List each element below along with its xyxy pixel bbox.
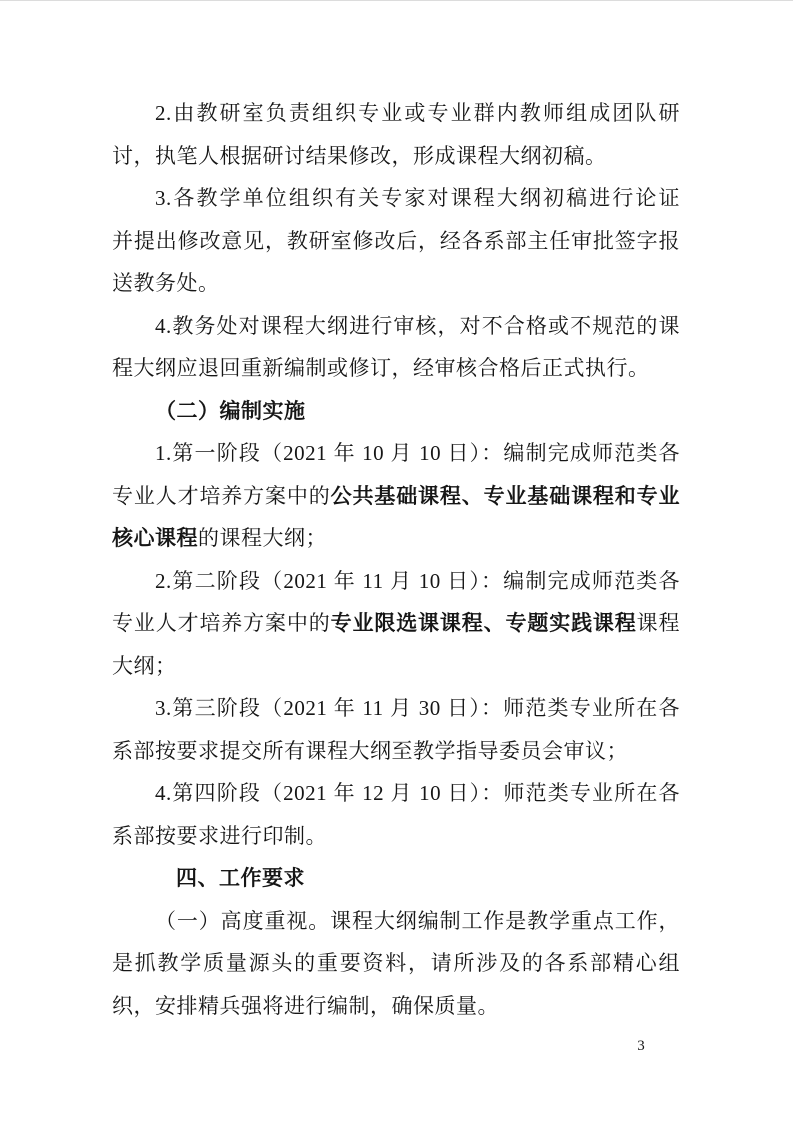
text-segment: 3.各教学单位组织有关专家对课程大纲初稿进行论证	[155, 186, 680, 210]
bold-text-segment: 核心课程	[112, 526, 198, 550]
text-line: 2.第二阶段（2021 年 11 月 10 日）：编制完成师范类各	[112, 560, 680, 603]
text-line: 4.教务处对课程大纲进行审核，对不合格或不规范的课	[112, 305, 680, 348]
text-line: 3.第三阶段（2021 年 11 月 30 日）：师范类专业所在各	[112, 687, 680, 730]
bold-text-segment: 专业限选课课程、专题实践课程	[331, 611, 637, 635]
text-segment: 专业人才培养方案中的	[112, 611, 331, 635]
text-segment: 大纲；	[112, 654, 177, 678]
text-segment: 专业人才培养方案中的	[112, 484, 331, 508]
text-line: 是抓教学质量源头的重要资料，请所涉及的各系部精心组	[112, 942, 680, 985]
text-segment: 系部按要求进行印制。	[112, 824, 327, 848]
text-line: 并提出修改意见，教研室修改后，经各系部主任审批签字报	[112, 220, 680, 263]
heading-line: 四、工作要求	[112, 857, 680, 900]
text-segment: 是抓教学质量源头的重要资料，请所涉及的各系部精心组	[112, 951, 680, 975]
text-line: 1.第一阶段（2021 年 10 月 10 日）：编制完成师范类各	[112, 432, 680, 475]
text-segment: 程大纲应退回重新编制或修订，经审核合格后正式执行。	[112, 356, 650, 380]
page-number: 3	[628, 1035, 654, 1057]
text-line: 专业人才培养方案中的专业限选课课程、专题实践课程课程	[112, 602, 680, 645]
text-line: （一）高度重视。课程大纲编制工作是教学重点工作，	[112, 900, 680, 943]
text-segment: 2.第二阶段（2021 年 11 月 10 日）：编制完成师范类各	[155, 569, 680, 593]
heading-line: （二）编制实施	[112, 390, 680, 433]
document-content: 2.由教研室负责组织专业或专业群内教师组成团队研讨，执笔人根据研讨结果修改，形成…	[112, 92, 680, 1027]
text-segment: 送教务处。	[112, 271, 220, 295]
text-segment: 的课程大纲；	[198, 526, 327, 550]
text-line: 织，安排精兵强将进行编制，确保质量。	[112, 985, 680, 1028]
text-line: 3.各教学单位组织有关专家对课程大纲初稿进行论证	[112, 177, 680, 220]
text-line: 4.第四阶段（2021 年 12 月 10 日）：师范类专业所在各	[112, 772, 680, 815]
text-segment: 织，安排精兵强将进行编制，确保质量。	[112, 994, 499, 1018]
text-segment: 2.由教研室负责组织专业或专业群内教师组成团队研	[155, 101, 680, 125]
text-segment: 课程	[637, 611, 680, 635]
text-line: 程大纲应退回重新编制或修订，经审核合格后正式执行。	[112, 347, 680, 390]
text-line: 大纲；	[112, 645, 680, 688]
text-segment: 1.第一阶段（2021 年 10 月 10 日）：编制完成师范类各	[155, 441, 680, 465]
text-segment: 4.第四阶段（2021 年 12 月 10 日）：师范类专业所在各	[155, 781, 680, 805]
page-top-edge	[0, 0, 793, 1]
text-line: 讨，执笔人根据研讨结果修改，形成课程大纲初稿。	[112, 135, 680, 178]
bold-text-segment: 四、工作要求	[176, 866, 305, 890]
text-segment: （一）高度重视。课程大纲编制工作是教学重点工作，	[155, 909, 680, 933]
text-segment: 讨，执笔人根据研讨结果修改，形成课程大纲初稿。	[112, 144, 607, 168]
text-line: 送教务处。	[112, 262, 680, 305]
text-line: 系部按要求进行印制。	[112, 815, 680, 858]
text-segment: 并提出修改意见，教研室修改后，经各系部主任审批签字报	[112, 229, 680, 253]
text-segment: 系部按要求提交所有课程大纲至教学指导委员会审议；	[112, 739, 628, 763]
text-segment: 4.教务处对课程大纲进行审核，对不合格或不规范的课	[155, 314, 680, 338]
bold-text-segment: 公共基础课程、专业基础课程和专业	[331, 484, 680, 508]
text-line: 2.由教研室负责组织专业或专业群内教师组成团队研	[112, 92, 680, 135]
text-line: 专业人才培养方案中的公共基础课程、专业基础课程和专业	[112, 475, 680, 518]
text-segment: 3.第三阶段（2021 年 11 月 30 日）：师范类专业所在各	[155, 696, 680, 720]
bold-text-segment: （二）编制实施	[155, 399, 306, 423]
text-line: 系部按要求提交所有课程大纲至教学指导委员会审议；	[112, 730, 680, 773]
text-line: 核心课程的课程大纲；	[112, 517, 680, 560]
document-page: 2.由教研室负责组织专业或专业群内教师组成团队研讨，执笔人根据研讨结果修改，形成…	[0, 0, 793, 1122]
